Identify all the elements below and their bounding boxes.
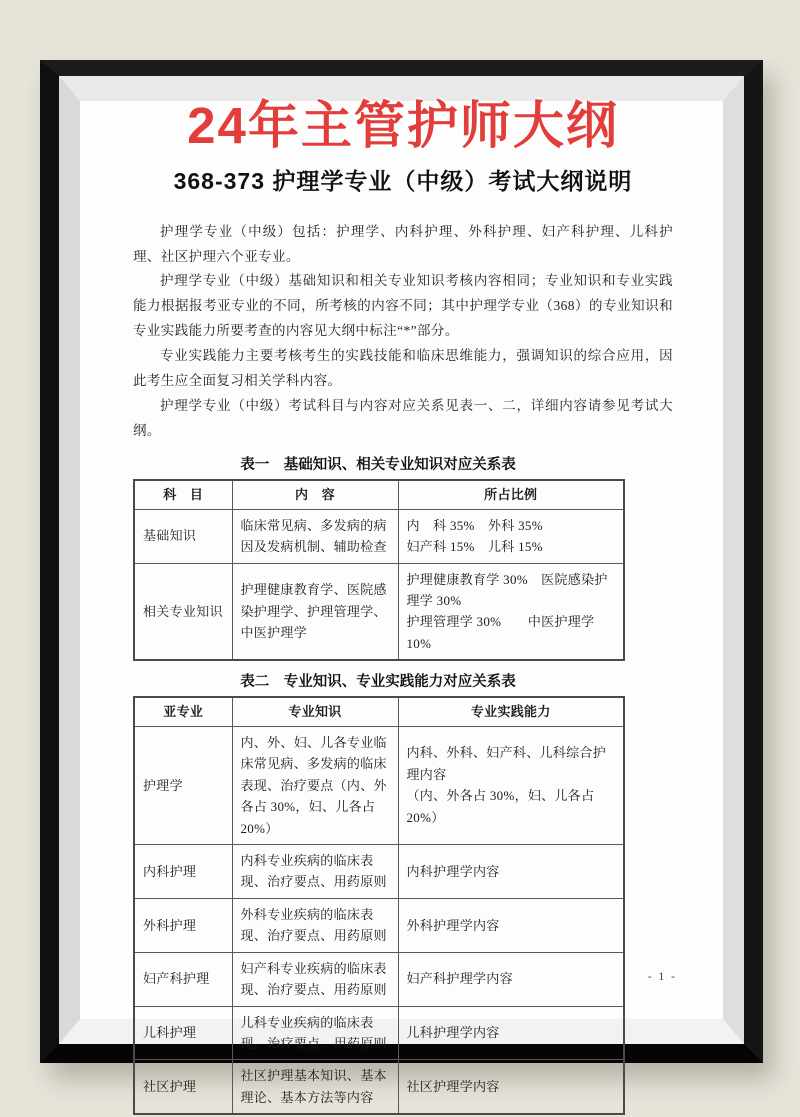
document-subtitle: 368-373 护理学专业（中级）考试大纲说明 — [133, 163, 673, 196]
intro-paragraphs: 护理学专业（中级）包括：护理学、内科护理、外科护理、妇产科护理、儿科护理、社区护… — [133, 220, 673, 445]
table2-specialty-knowledge: 亚专业 专业知识 专业实践能力 护理学 内、外、妇、儿各专业临床常见病、多发病的… — [133, 696, 625, 1115]
cell-proportion: 内 科 35% 外科 35% 妇产科 15% 儿科 15% — [398, 509, 624, 563]
table-header-row: 亚专业 专业知识 专业实践能力 — [134, 697, 624, 726]
cell-subspecialty: 社区护理 — [134, 1060, 232, 1114]
table-header-row: 科 目 内 容 所占比例 — [134, 480, 624, 509]
cell-subject: 基础知识 — [134, 509, 232, 563]
cell-content: 临床常见病、多发病的病因及发病机制、辅助检查 — [232, 509, 398, 563]
frame-mat-bevel: 24年主管护师大纲 368-373 护理学专业（中级）考试大纲说明 护理学专业（… — [59, 76, 744, 1044]
paragraph: 护理学专业（中级）考试科目与内容对应关系见表一、二，详细内容请参见考试大纲。 — [133, 394, 673, 444]
table-row: 儿科护理 儿科专业疾病的临床表现、治疗要点、用药原则 儿科护理学内容 — [134, 1006, 624, 1060]
cell-knowledge: 儿科专业疾病的临床表现、治疗要点、用药原则 — [232, 1006, 398, 1060]
table1-basic-knowledge: 科 目 内 容 所占比例 基础知识 临床常见病、多发病的病因及发病机制、辅助检查… — [133, 479, 625, 661]
paragraph: 专业实践能力主要考核考生的实践技能和临床思维能力，强调知识的综合应用，因此考生应… — [133, 344, 673, 394]
cell-knowledge: 内、外、妇、儿各专业临床常见病、多发病的临床表现、治疗要点（内、外各占 30%，… — [232, 726, 398, 844]
cell-subspecialty: 内科护理 — [134, 844, 232, 898]
cell-knowledge: 外科专业疾病的临床表现、治疗要点、用药原则 — [232, 898, 398, 952]
cell-practice: 内科护理学内容 — [398, 844, 624, 898]
table-row: 外科护理 外科专业疾病的临床表现、治疗要点、用药原则 外科护理学内容 — [134, 898, 624, 952]
table-row: 护理学 内、外、妇、儿各专业临床常见病、多发病的临床表现、治疗要点（内、外各占 … — [134, 726, 624, 844]
cell-subspecialty: 护理学 — [134, 726, 232, 844]
document-page: 24年主管护师大纲 368-373 护理学专业（中级）考试大纲说明 护理学专业（… — [80, 101, 723, 1019]
paragraph: 护理学专业（中级）包括：护理学、内科护理、外科护理、妇产科护理、儿科护理、社区护… — [133, 220, 673, 270]
table-row: 内科护理 内科专业疾病的临床表现、治疗要点、用药原则 内科护理学内容 — [134, 844, 624, 898]
cell-subject: 相关专业知识 — [134, 563, 232, 660]
table-row: 基础知识 临床常见病、多发病的病因及发病机制、辅助检查 内 科 35% 外科 3… — [134, 509, 624, 563]
table-row: 社区护理 社区护理基本知识、基本理论、基本方法等内容 社区护理学内容 — [134, 1060, 624, 1114]
cell-content: 护理健康教育学、医院感染护理学、护理管理学、中医护理学 — [232, 563, 398, 660]
wall-background: { "page": { "title": "24年主管护师大纲", "subti… — [0, 0, 800, 1117]
document-title: 24年主管护师大纲 — [133, 99, 673, 153]
table2-caption: 表二 专业知识、专业实践能力对应关系表 — [133, 670, 623, 691]
cell-practice: 妇产科护理学内容 — [398, 952, 624, 1006]
table1-caption: 表一 基础知识、相关专业知识对应关系表 — [133, 453, 623, 474]
table-row: 相关专业知识 护理健康教育学、医院感染护理学、护理管理学、中医护理学 护理健康教… — [134, 563, 624, 660]
cell-practice: 内科、外科、妇产科、儿科综合护理内容 （内、外各占 30%，妇、儿各占 20%） — [398, 726, 624, 844]
table2-header-practice: 专业实践能力 — [398, 697, 624, 726]
paragraph: 护理学专业（中级）基础知识和相关专业知识考核内容相同；专业知识和专业实践能力根据… — [133, 269, 673, 344]
table1-header-subject: 科 目 — [134, 480, 232, 509]
table-row: 妇产科护理 妇产科专业疾病的临床表现、治疗要点、用药原则 妇产科护理学内容 — [134, 952, 624, 1006]
cell-proportion: 护理健康教育学 30% 医院感染护理学 30% 护理管理学 30% 中医护理学 … — [398, 563, 624, 660]
cell-knowledge: 社区护理基本知识、基本理论、基本方法等内容 — [232, 1060, 398, 1114]
cell-subspecialty: 外科护理 — [134, 898, 232, 952]
cell-subspecialty: 儿科护理 — [134, 1006, 232, 1060]
picture-frame: 24年主管护师大纲 368-373 护理学专业（中级）考试大纲说明 护理学专业（… — [40, 60, 763, 1063]
table2-header-subspecialty: 亚专业 — [134, 697, 232, 726]
cell-knowledge: 妇产科专业疾病的临床表现、治疗要点、用药原则 — [232, 952, 398, 1006]
cell-practice: 社区护理学内容 — [398, 1060, 624, 1114]
table2-header-knowledge: 专业知识 — [232, 697, 398, 726]
cell-subspecialty: 妇产科护理 — [134, 952, 232, 1006]
cell-practice: 儿科护理学内容 — [398, 1006, 624, 1060]
table1-header-proportion: 所占比例 — [398, 480, 624, 509]
cell-practice: 外科护理学内容 — [398, 898, 624, 952]
table1-header-content: 内 容 — [232, 480, 398, 509]
page-number: - 1 - — [648, 971, 677, 983]
cell-knowledge: 内科专业疾病的临床表现、治疗要点、用药原则 — [232, 844, 398, 898]
